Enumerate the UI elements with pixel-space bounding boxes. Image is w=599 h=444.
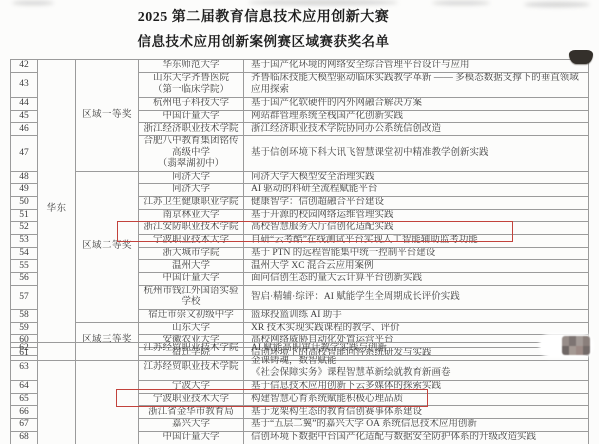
row-number-cell: 66 [11,406,38,419]
row-number-cell: 65 [11,393,38,406]
row-number-cell: 67 [11,419,38,432]
row-number-cell: 57 [11,285,38,309]
institution-cell: 杭州电子科技大学 [139,98,244,111]
award-tier-cell: 区域一等奖 [76,60,139,172]
row-number-cell: 44 [11,98,38,111]
institution-cell: 华东师范大学 [139,60,244,73]
row-number-cell: 58 [11,309,38,322]
table-row: 42华东区域一等奖华东师范大学基于国产化环境的网络安全综合管理平台设计与应用 [11,60,589,73]
row-number-cell: 47 [11,136,38,172]
institution-cell: 温州大学 [139,260,244,273]
institution-cell: 江苏经贸职业技术学院 [139,343,244,356]
project-title-cell: 温州大学 XC 混合云应用案例 [244,260,589,273]
highlight-row-53 [117,221,513,242]
row-number-cell: 52 [11,222,38,235]
table-row: 62江苏经贸职业技术学院AI 赋能高职审计教学实践与创新 [11,343,589,356]
project-title-cell: 基于国产化环境的网络安全综合管理平台设计与应用 [244,60,589,73]
row-number-cell: 46 [11,123,38,136]
scan-smudge [12,1,54,5]
institution-cell: 山东大学 [139,322,244,335]
institution-cell: 中国计量大学 [139,110,244,123]
project-title-cell: 基于“五层二翼”的嘉兴大学 OA 系统信息技术应用创新 [244,419,589,432]
scan-smudge [248,0,398,5]
institution-cell: 浙江省金华市教育局 [139,406,244,419]
document-header: 2025 第二届教育信息技术应用创新大赛 信息技术应用创新案例赛区域赛获奖名单 [0,8,527,52]
row-number-cell: 51 [11,209,38,222]
table-row: 48区域二等奖同济大学同济大学大模型安全治理实践 [11,171,589,184]
project-title-cell: 智启·精辅·综评：AI 赋能学生全周期成长评价实践 [244,285,589,309]
row-number-cell: 64 [11,381,38,394]
project-title-cell: 基于国产化软硬件的内外网融合解决方案 [244,98,589,111]
project-title-cell: 基于龙架构生态的教育信创赛事体系建设 [244,406,589,419]
awards-table-upper: 42华东区域一等奖华东师范大学基于国产化环境的网络安全综合管理平台设计与应用43… [10,59,589,361]
institution-cell: 中国计量大学 [139,273,244,286]
redaction-mosaic-blob [562,336,590,355]
row-number-cell: 53 [11,235,38,248]
project-title-cell: XR 技术实现实践课程的教学、评价 [244,322,589,335]
institution-cell: 宿迁市崇文初级中学 [139,309,244,322]
photo-artifact-crescent [569,50,593,64]
institution-cell: 江苏卫生健康职业学院 [139,197,244,210]
row-number-cell: 59 [11,322,38,335]
document-title: 2025 第二届教育信息技术应用创新大赛 [0,8,527,28]
institution-cell: 中国计量大学 [139,431,244,444]
project-title-cell: 面向信创生态的量大云计算平台创新实践 [244,273,589,286]
document-page: 2025 第二届教育信息技术应用创新大赛 信息技术应用创新案例赛区域赛获奖名单 … [0,0,599,444]
project-title-cell: AI 驱动的科研全流程赋能平台 [244,184,589,197]
award-tier-cell: 区域二等奖 [76,171,139,322]
row-number-cell: 43 [11,72,38,97]
project-title-cell: 网站群管理系统全栈国产化创新实践 [244,110,589,123]
project-title-cell: 齐鲁临床技能大模型驱动临床实践教学革新 —— 多模态数据支撑下的垂直领域 应用探… [244,72,589,97]
scan-smudge [432,1,490,5]
institution-cell: 浙江经济职业技术学院 [139,123,244,136]
project-title-cell: 金课铸魂，数智赋能 《社会保障实务》课程智慧革新绘就教育新画卷 [244,355,589,380]
project-title-cell: AI 赋能高职审计教学实践与创新 [244,343,589,356]
table-row: 59区域三等奖山东大学XR 技术实现实践课程的教学、评价 [11,322,589,335]
institution-cell: 南京林业大学 [139,209,244,222]
project-title-cell: 健康智学：信创超融合平台建设 [244,197,589,210]
project-title-cell: 基于 PTN 的远程智能集中统一控制平台建设 [244,247,589,260]
row-number-cell: 48 [11,171,38,184]
institution-cell: 同济大学 [139,171,244,184]
region-cell [38,343,76,444]
scan-smudge [524,2,590,7]
row-number-cell: 68 [11,431,38,444]
row-number-cell: 63 [11,355,38,380]
institution-cell: 同济大学 [139,184,244,197]
project-title-cell: 基于信创环境下科大讯飞智慧课堂初中精准教学创新实践 [244,136,589,172]
row-number-cell: 42 [11,60,38,73]
row-number-cell: 62 [11,343,38,356]
project-title-cell: 基于开源的校园网络运维管理实践 [244,209,589,222]
document-subtitle: 信息技术应用创新案例赛区域赛获奖名单 [0,32,527,52]
row-number-cell: 54 [11,247,38,260]
project-title-cell: 篮球投篮训练 AI 助手 [244,309,589,322]
region-cell: 华东 [38,60,76,361]
institution-cell: 合肥八中教育集团铭传高级中学 （翡翠湖初中） [139,136,244,172]
row-number-cell: 55 [11,260,38,273]
institution-cell: 嘉兴大学 [139,419,244,432]
row-number-cell: 56 [11,273,38,286]
row-number-cell: 45 [11,110,38,123]
project-title-cell: 同济大学大模型安全治理实践 [244,171,589,184]
highlight-row-65 [116,389,428,407]
project-title-cell: 信创环境下数据中台国产化适配与数据安全防护体系的升级改造实践 [244,431,589,444]
row-number-cell: 50 [11,197,38,210]
institution-cell: 江苏经贸职业技术学院 [139,355,244,380]
row-number-cell: 49 [11,184,38,197]
project-title-cell: 浙江经济职业技术学院协同办公系统信创改造 [244,123,589,136]
institution-cell: 山东大学齐鲁医院 （第一临床学院） [139,72,244,97]
institution-cell: 杭州市钱江外国语实验学校 [139,285,244,309]
institution-cell: 浙大城市学院 [139,247,244,260]
